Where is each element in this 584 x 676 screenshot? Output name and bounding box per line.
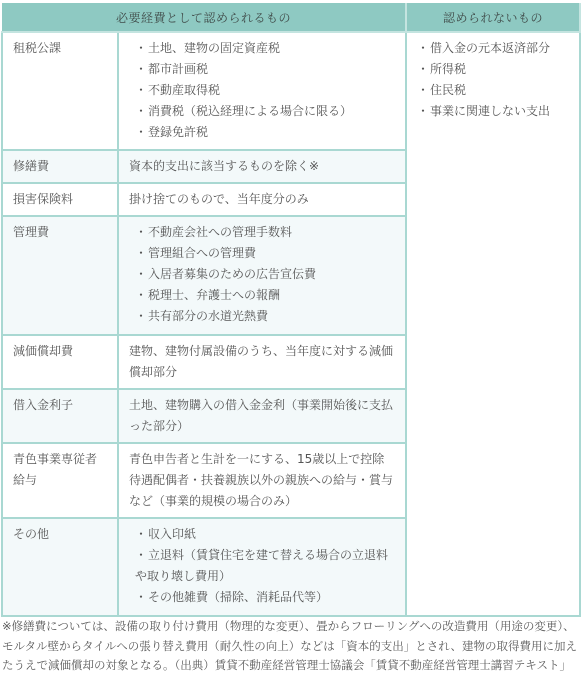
list-item: 共有部分の水道光熱費 bbox=[135, 306, 395, 327]
list-item: 登録免許税 bbox=[135, 122, 395, 143]
table-header-row: 必要経費として認められるもの 認められないもの bbox=[2, 3, 580, 32]
list-item: 入居者募集のための広告宣伝費 bbox=[135, 264, 395, 285]
item-list: 不動産会社への管理手数料 管理組合への管理費 入居者募集のための広告宣伝費 税理… bbox=[129, 222, 395, 327]
item-list: 収入印紙 立退料（賃貸住宅を建て替える場合の立退料や取り壊し費用） その他雑費（… bbox=[129, 524, 395, 608]
expense-table-container: 必要経費として認められるもの 認められないもの 租税公課 土地、建物の固定資産税… bbox=[1, 3, 579, 669]
list-item: 消費税（税込経理による場合に限る） bbox=[135, 101, 395, 122]
deductible-expenses-table: 必要経費として認められるもの 認められないもの 租税公課 土地、建物の固定資産税… bbox=[1, 3, 581, 617]
category-cell: その他 bbox=[2, 518, 118, 616]
list-item: 住民税 bbox=[417, 80, 569, 101]
category-cell: 青色事業専従者給与 bbox=[2, 443, 118, 518]
description-cell: 土地、建物購入の借入金金利（事業開始後に支払った部分） bbox=[118, 389, 406, 443]
list-item: 立退料（賃貸住宅を建て替える場合の立退料や取り壊し費用） bbox=[135, 545, 395, 587]
description-cell: 資本的支出に該当するものを除く※ bbox=[118, 150, 406, 183]
list-item: 借入金の元本返済部分 bbox=[417, 38, 569, 59]
description-cell: 建物、建物付属設備のうち、当年度に対する減価償却部分 bbox=[118, 335, 406, 389]
description-cell: 不動産会社への管理手数料 管理組合への管理費 入居者募集のための広告宣伝費 税理… bbox=[118, 216, 406, 335]
category-cell: 損害保険料 bbox=[2, 183, 118, 216]
list-item: 所得税 bbox=[417, 59, 569, 80]
footnote: ※修繕費については、設備の取り付け費用（物理的な変更）、畳からフローリングへの改… bbox=[1, 617, 580, 669]
list-item: 収入印紙 bbox=[135, 524, 395, 545]
list-item: 管理組合への管理費 bbox=[135, 243, 395, 264]
description-cell: 収入印紙 立退料（賃貸住宅を建て替える場合の立退料や取り壊し費用） その他雑費（… bbox=[118, 518, 406, 616]
category-cell: 租税公課 bbox=[2, 32, 118, 150]
header-not-allowed: 認められないもの bbox=[406, 3, 580, 32]
list-item: 不動産会社への管理手数料 bbox=[135, 222, 395, 243]
description-cell: 掛け捨てのもので、当年度分のみ bbox=[118, 183, 406, 216]
item-list: 土地、建物の固定資産税 都市計画税 不動産取得税 消費税（税込経理による場合に限… bbox=[129, 38, 395, 143]
category-cell: 借入金利子 bbox=[2, 389, 118, 443]
list-item: 事業に関連しない支出 bbox=[417, 101, 569, 122]
list-item: 税理士、弁護士への報酬 bbox=[135, 285, 395, 306]
category-cell: 減価償却費 bbox=[2, 335, 118, 389]
list-item: 土地、建物の固定資産税 bbox=[135, 38, 395, 59]
not-allowed-list: 借入金の元本返済部分 所得税 住民税 事業に関連しない支出 bbox=[417, 38, 569, 122]
category-cell: 修繕費 bbox=[2, 150, 118, 183]
header-allowed: 必要経費として認められるもの bbox=[2, 3, 406, 32]
list-item: 不動産取得税 bbox=[135, 80, 395, 101]
list-item: 都市計画税 bbox=[135, 59, 395, 80]
category-cell: 管理費 bbox=[2, 216, 118, 335]
not-allowed-cell: 借入金の元本返済部分 所得税 住民税 事業に関連しない支出 bbox=[406, 32, 580, 616]
list-item: その他雑費（掃除、消耗品代等） bbox=[135, 587, 395, 608]
description-cell: 青色申告者と生計を一にする、15歳以上で控除待遇配偶者・扶養親族以外の親族への給… bbox=[118, 443, 406, 518]
table-row: 租税公課 土地、建物の固定資産税 都市計画税 不動産取得税 消費税（税込経理によ… bbox=[2, 32, 580, 150]
description-cell: 土地、建物の固定資産税 都市計画税 不動産取得税 消費税（税込経理による場合に限… bbox=[118, 32, 406, 150]
